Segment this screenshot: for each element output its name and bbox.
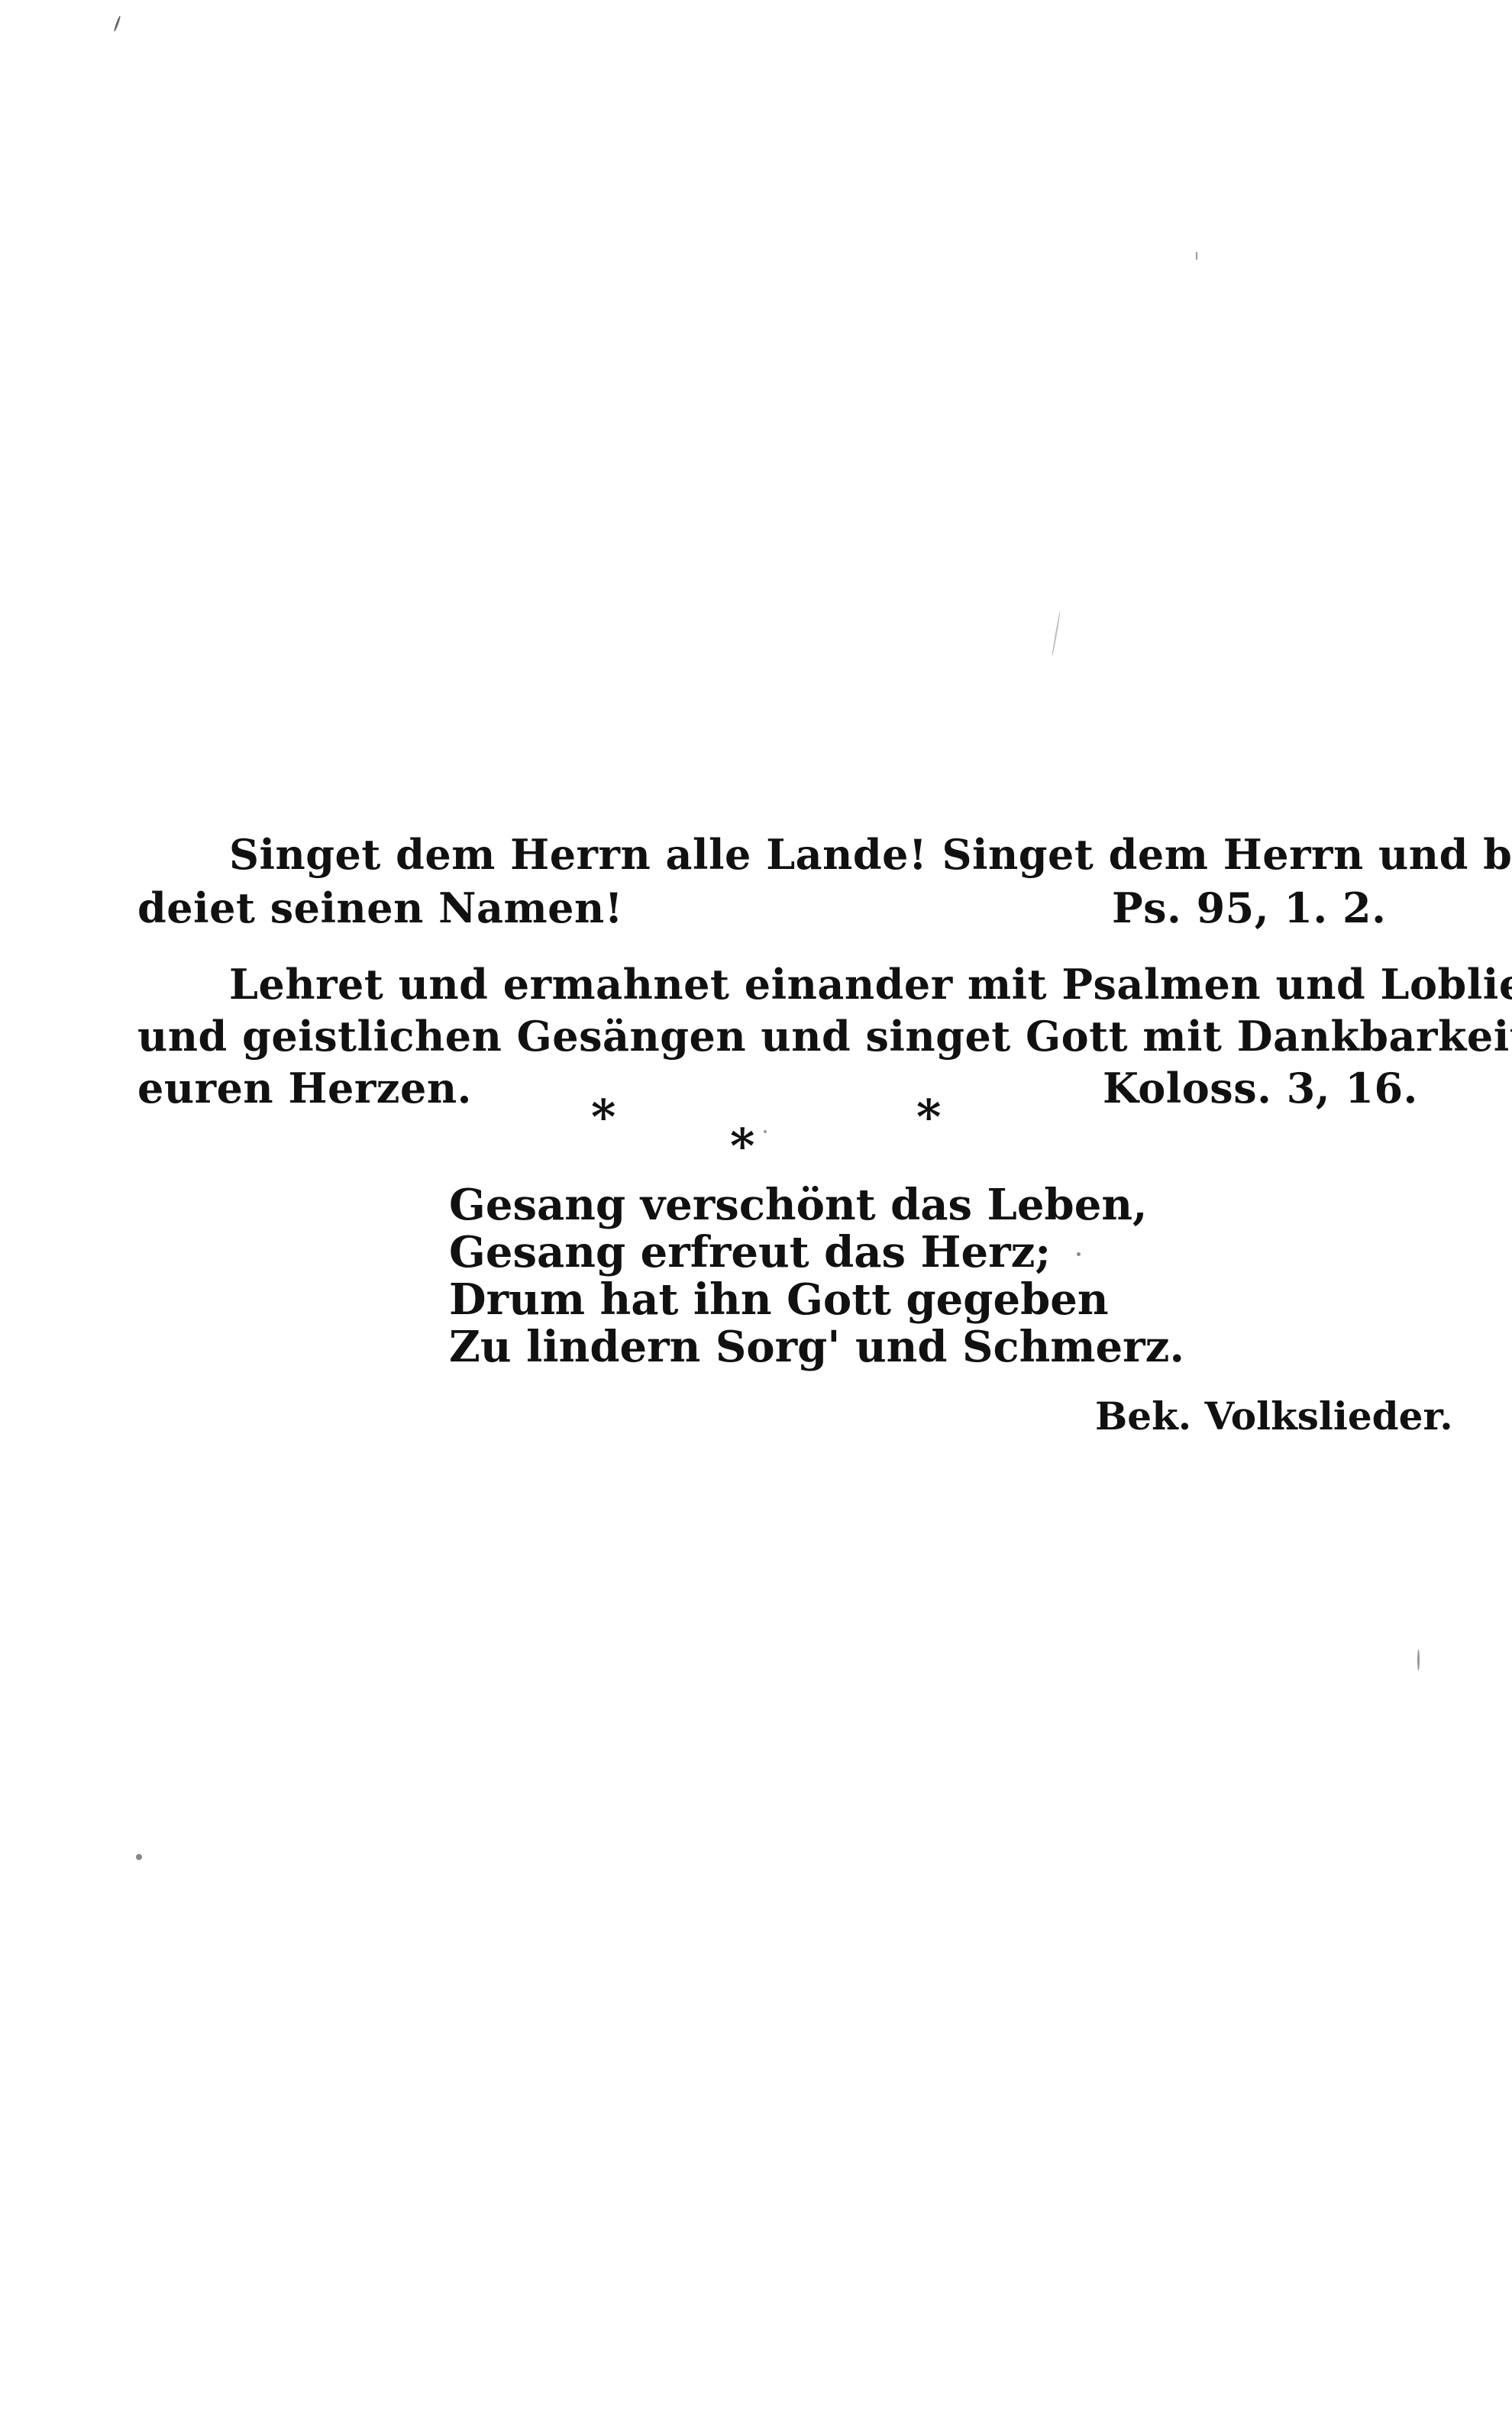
- passage-line: Lehret und ermahnet einander mit Psalmen…: [229, 964, 1405, 1005]
- scan-artifact: [1190, 252, 1197, 260]
- scan-artifact: [1052, 611, 1061, 656]
- scan-artifact: [136, 1854, 142, 1860]
- asterisk: *: [916, 1093, 941, 1141]
- passage-line: euren Herzen.: [137, 1067, 472, 1109]
- book-page: Singet dem Herrn alle Lande! Singet dem …: [0, 0, 1512, 2432]
- passage-line: und geistlichen Gesängen und singet Gott…: [137, 1016, 1405, 1057]
- scan-artifact: [1077, 1252, 1081, 1256]
- poem-attribution: Bek. Volkslieder.: [1095, 1397, 1453, 1436]
- scan-artifact: [113, 15, 121, 32]
- poem-line: Zu lindern Sorg' und Schmerz.: [449, 1326, 1184, 1368]
- scripture-reference: Ps. 95, 1. 2.: [1112, 887, 1386, 929]
- poem-line: Drum hat ihn Gott gegeben: [449, 1278, 1109, 1321]
- poem-line: Gesang verschönt das Leben,: [449, 1184, 1148, 1226]
- poem-line: Gesang erfreut das Herz;: [449, 1231, 1051, 1274]
- passage-line: deiet seinen Namen!: [137, 887, 623, 929]
- asterisk: *: [730, 1122, 754, 1170]
- scripture-reference: Koloss. 3, 16.: [1103, 1067, 1418, 1109]
- asterisk: *: [591, 1093, 615, 1141]
- passage-line: Singet dem Herrn alle Lande! Singet dem …: [229, 834, 1405, 875]
- scan-artifact: [1417, 1649, 1420, 1671]
- scan-artifact: [764, 1130, 767, 1133]
